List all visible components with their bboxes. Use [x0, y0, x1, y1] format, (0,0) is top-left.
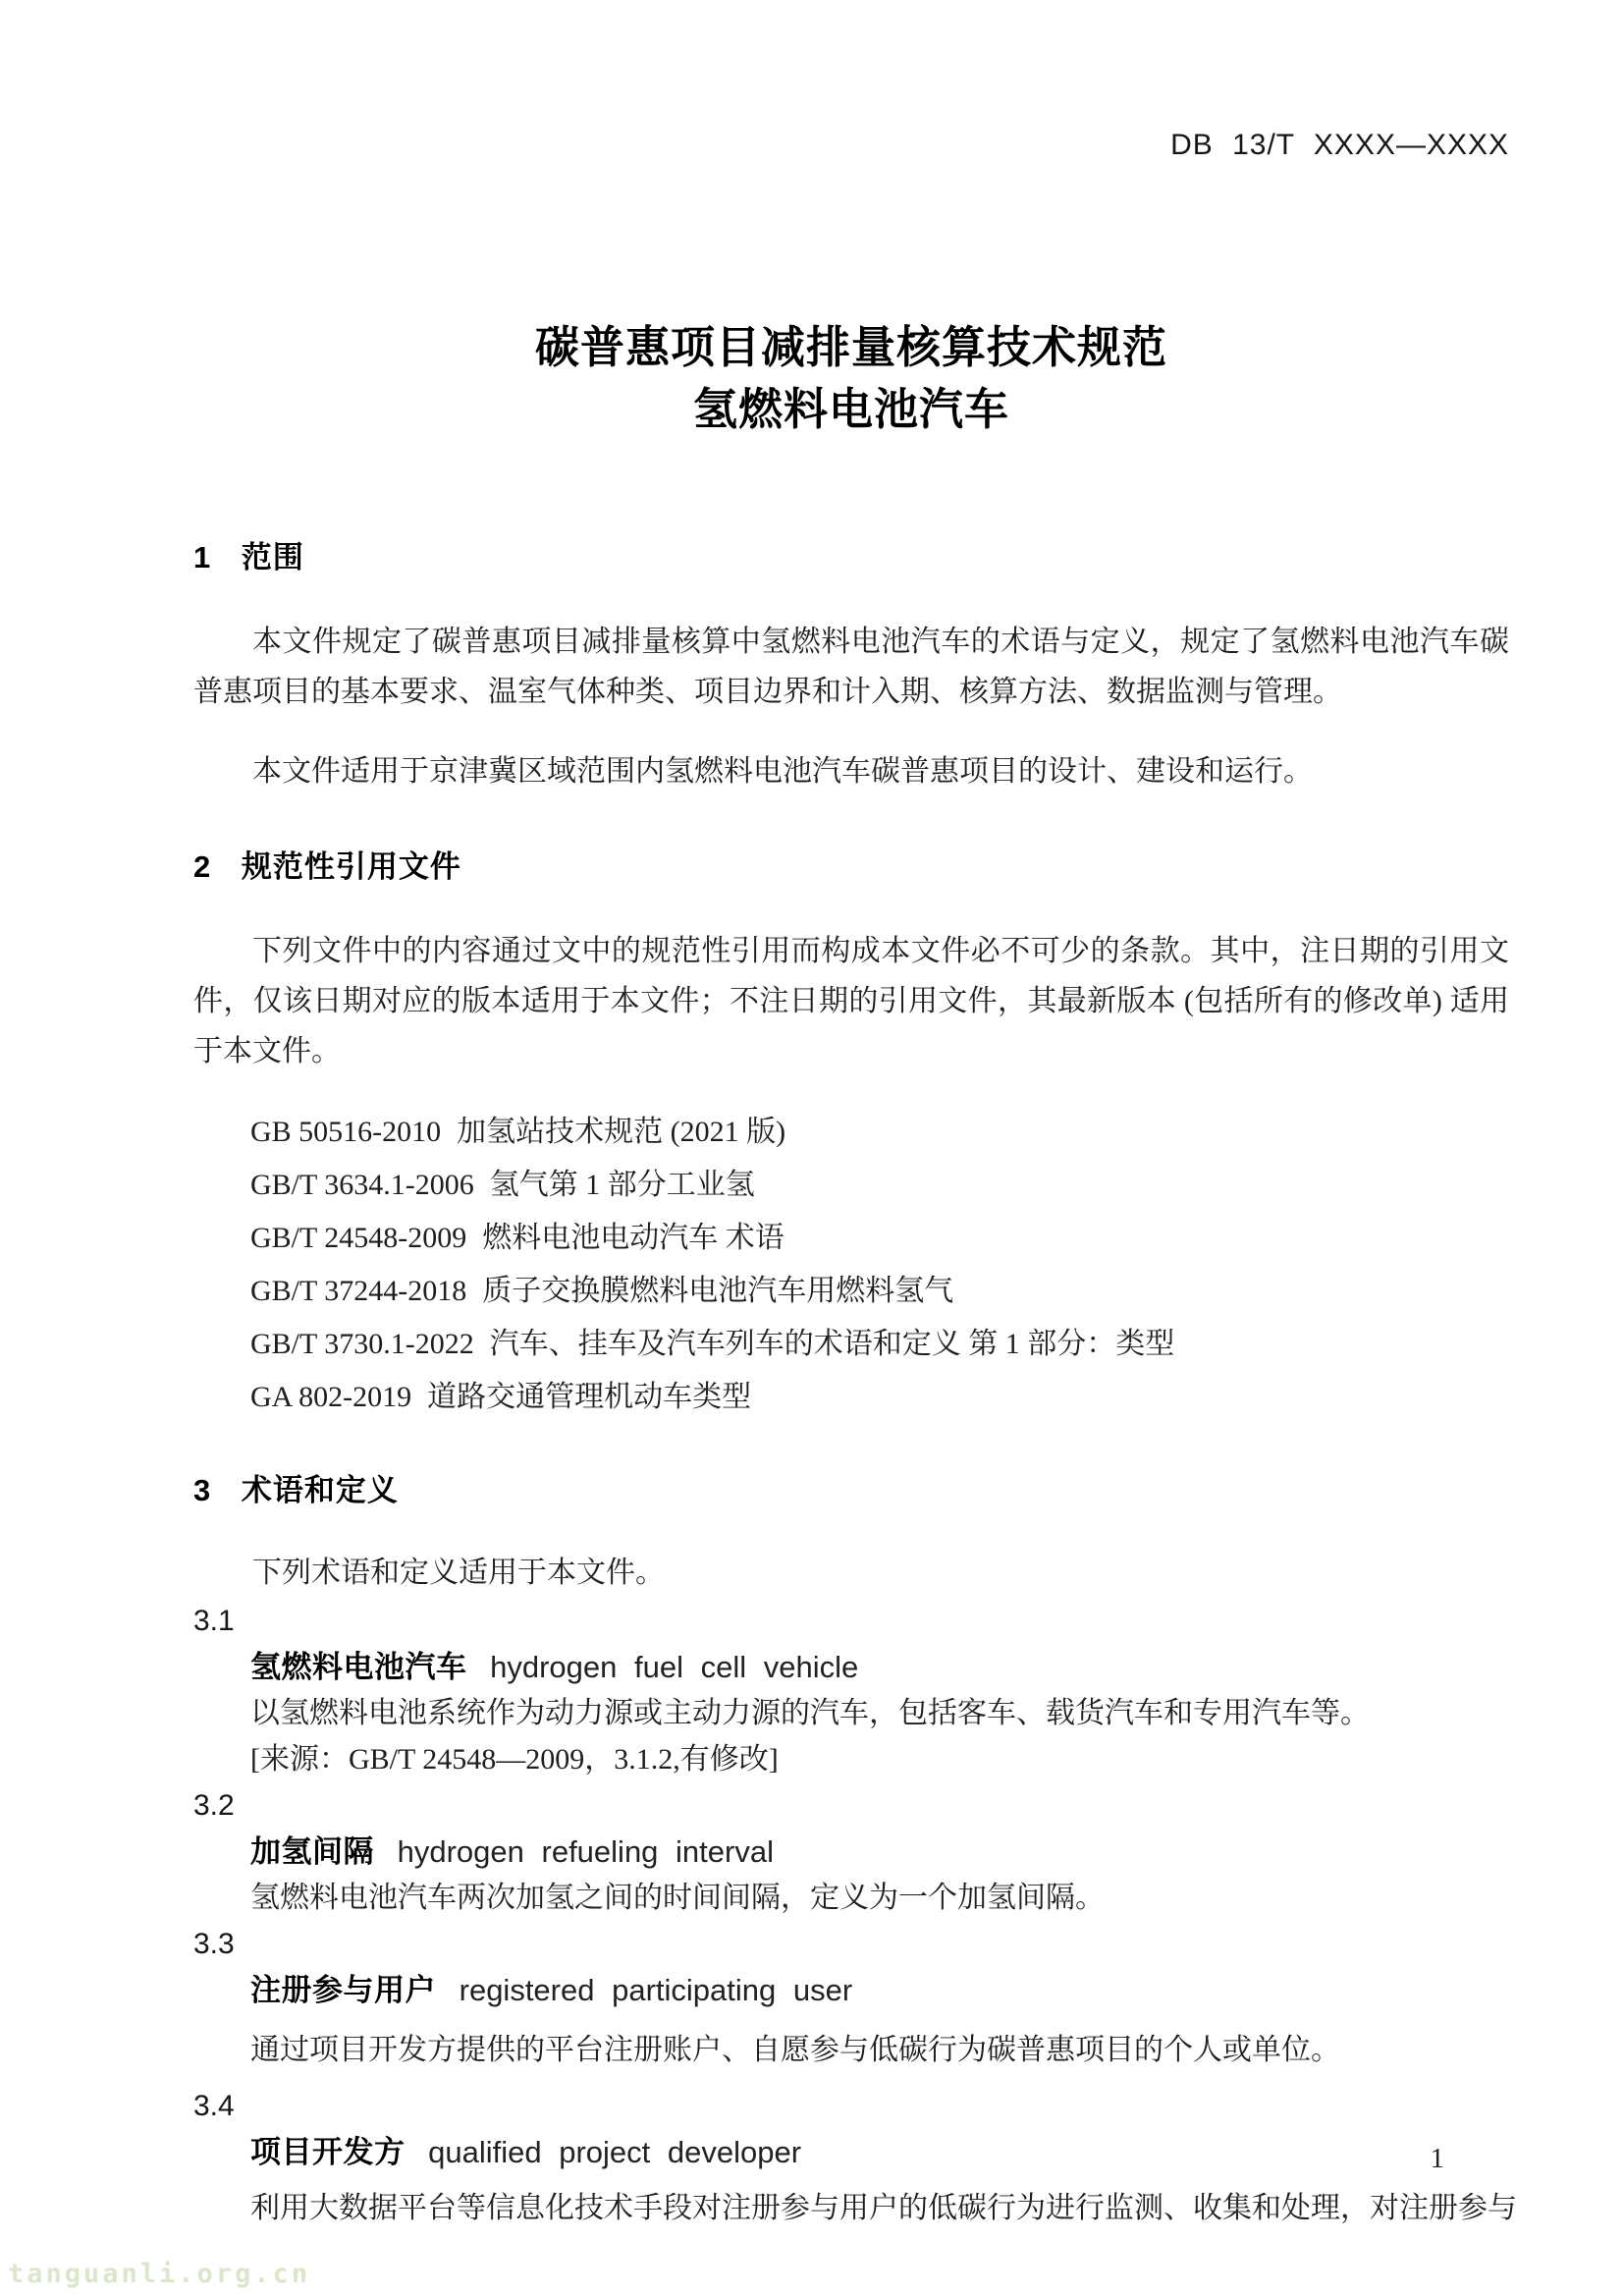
section-2-title: 规范性引用文件	[242, 847, 461, 887]
section-2-number: 2	[193, 847, 210, 887]
term-definition: 通过项目开发方提供的平台注册账户、自愿参与低碳行为碳普惠项目的个人或单位。	[250, 2027, 1509, 2073]
reference-code: GA 802-2019	[250, 1381, 411, 1413]
reference-title: 加氢站技术规范 (2021 版)	[457, 1116, 785, 1148]
term-name-zh: 氢燃料电池汽车	[250, 1650, 467, 1684]
term-name-zh: 注册参与用户	[250, 1973, 436, 2007]
term-definition: 以氢燃料电池系统作为动力源或主动力源的汽车，包括客车、载货汽车和专用汽车等。	[250, 1690, 1509, 1736]
doc-title: 碳普惠项目减排量核算技术规范 氢燃料电池汽车	[193, 316, 1509, 440]
reference-code: GB 50516-2010	[250, 1116, 441, 1148]
reference-item: GB/T 37244-2018质子交换膜燃料电池汽车用燃料氢气	[250, 1265, 1509, 1318]
term-definition: 氢燃料电池汽车两次加氢之间的时间间隔，定义为一个加氢间隔。	[250, 1875, 1509, 1921]
section-1-title: 范围	[242, 538, 304, 577]
section-3-intro: 下列术语和定义适用于本文件。	[193, 1548, 1509, 1598]
term-name: 注册参与用户 registered participating user	[250, 1967, 1509, 2013]
page-number: 1	[1431, 2143, 1445, 2175]
watermark: tanguanli.org.cn	[8, 2259, 310, 2289]
clause-number: 3.3	[193, 1921, 1509, 1967]
term-name-zh: 加氢间隔	[250, 1834, 374, 1869]
reference-title: 汽车、挂车及汽车列车的术语和定义 第 1 部分：类型	[490, 1328, 1175, 1360]
section-3-number: 3	[193, 1471, 210, 1510]
term-name: 氢燃料电池汽车 hydrogen fuel cell vehicle	[250, 1644, 1509, 1690]
clause-number: 3.1	[193, 1598, 1509, 1644]
term-block-3-3: 3.3 注册参与用户 registered participating user…	[193, 1921, 1509, 2073]
section-2-intro: 下列文件中的内容通过文中的规范性引用而构成本文件必不可少的条款。其中，注日期的引…	[193, 926, 1509, 1076]
reference-title: 质子交换膜燃料电池汽车用燃料氢气	[482, 1275, 953, 1307]
section-3-heading: 3 术语和定义	[193, 1471, 1509, 1510]
section-3-title: 术语和定义	[242, 1471, 399, 1510]
term-name-zh: 项目开发方	[250, 2135, 406, 2169]
reference-code: GB/T 37244-2018	[250, 1275, 466, 1307]
reference-title: 氢气第 1 部分工业氢	[490, 1169, 755, 1201]
term-name-en: hydrogen fuel cell vehicle	[490, 1650, 858, 1684]
reference-item: GB/T 3634.1-2006氢气第 1 部分工业氢	[250, 1159, 1509, 1212]
reference-code: GB/T 3634.1-2006	[250, 1169, 474, 1201]
term-block-3-2: 3.2 加氢间隔 hydrogen refueling interval 氢燃料…	[193, 1782, 1509, 1921]
reference-item: GB/T 24548-2009燃料电池电动汽车 术语	[250, 1212, 1509, 1265]
term-definition: 利用大数据平台等信息化技术手段对注册参与用户的低碳行为进行监测、收集和处理，对注…	[250, 2185, 1509, 2231]
term-block-3-1: 3.1 氢燃料电池汽车 hydrogen fuel cell vehicle 以…	[193, 1598, 1509, 1782]
term-name-en: hydrogen refueling interval	[398, 1834, 774, 1869]
section-1-paragraph-1: 本文件规定了碳普惠项目减排量核算中氢燃料电池汽车的术语与定义，规定了氢燃料电池汽…	[193, 617, 1509, 717]
reference-code: GB/T 24548-2009	[250, 1222, 466, 1254]
reference-item: GB 50516-2010加氢站技术规范 (2021 版)	[250, 1106, 1509, 1159]
reference-code: GB/T 3730.1-2022	[250, 1328, 474, 1360]
document-page: DB 13/T XXXX—XXXX 碳普惠项目减排量核算技术规范 氢燃料电池汽车…	[0, 0, 1623, 2296]
reference-item: GB/T 3730.1-2022汽车、挂车及汽车列车的术语和定义 第 1 部分：…	[250, 1318, 1509, 1371]
term-name: 项目开发方 qualified project developer	[250, 2129, 1509, 2175]
clause-number: 3.2	[193, 1782, 1509, 1829]
section-2-heading: 2 规范性引用文件	[193, 847, 1509, 887]
reference-item: GA 802-2019道路交通管理机动车类型	[250, 1371, 1509, 1424]
term-name-en: registered participating user	[460, 1973, 853, 2007]
references-list: GB 50516-2010加氢站技术规范 (2021 版) GB/T 3634.…	[193, 1106, 1509, 1424]
term-block-3-4: 3.4 项目开发方 qualified project developer 利用…	[193, 2083, 1509, 2231]
section-1-paragraph-2: 本文件适用于京津冀区域范围内氢燃料电池汽车碳普惠项目的设计、建设和运行。	[193, 746, 1509, 796]
section-1-heading: 1 范围	[193, 538, 1509, 577]
doc-title-line2: 氢燃料电池汽车	[193, 378, 1509, 440]
reference-title: 燃料电池电动汽车 术语	[482, 1222, 784, 1254]
doc-code: DB 13/T XXXX—XXXX	[193, 128, 1509, 163]
term-source: [来源：GB/T 24548—2009，3.1.2,有修改]	[250, 1736, 1509, 1782]
term-name: 加氢间隔 hydrogen refueling interval	[250, 1829, 1509, 1875]
term-name-en: qualified project developer	[428, 2135, 801, 2169]
doc-title-line1: 碳普惠项目减排量核算技术规范	[193, 316, 1509, 378]
clause-number: 3.4	[193, 2083, 1509, 2129]
reference-title: 道路交通管理机动车类型	[427, 1381, 751, 1413]
section-1-number: 1	[193, 538, 210, 577]
